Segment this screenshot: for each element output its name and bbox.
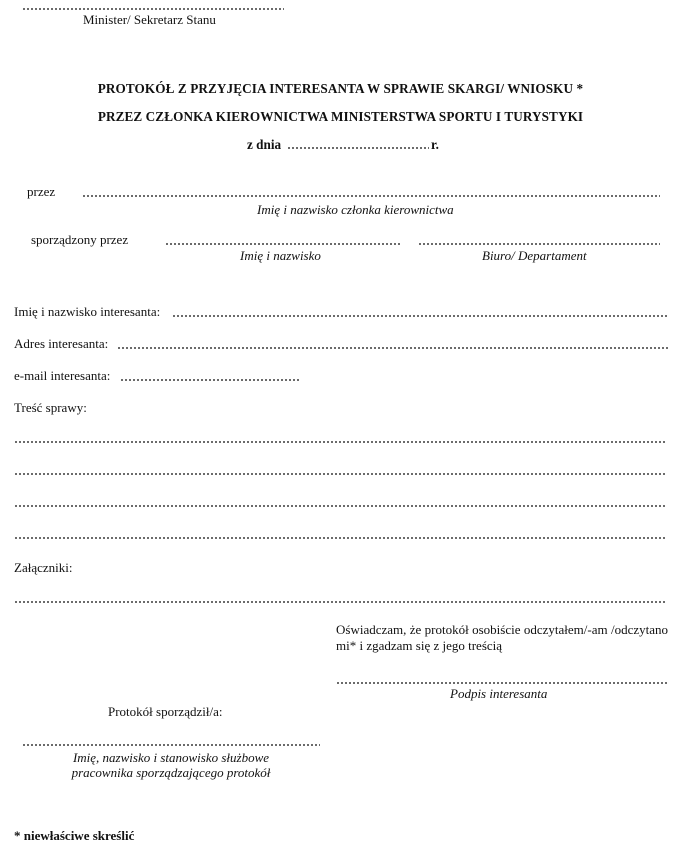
applicant-name-label: Imię i nazwisko interesanta: bbox=[14, 304, 160, 320]
date-prefix: z dnia bbox=[247, 137, 281, 153]
board-member-name-caption: Imię i nazwisko członka kierownictwa bbox=[257, 202, 454, 218]
prepared-by-label: sporządzony przez bbox=[31, 232, 128, 248]
case-content-label: Treść sprawy: bbox=[14, 400, 87, 416]
applicant-signature-line[interactable] bbox=[336, 682, 668, 684]
minister-role-label: Minister/ Sekretarz Stanu bbox=[83, 12, 216, 28]
applicant-email-field[interactable] bbox=[120, 379, 300, 381]
declaration-text: Oświadczam, że protokół osobiście odczyt… bbox=[336, 622, 668, 654]
board-member-name-field[interactable] bbox=[82, 195, 660, 197]
date-suffix: r. bbox=[431, 137, 439, 153]
document-title-line2: PRZEZ CZŁONKA KIEROWNICTWA MINISTERSTWA … bbox=[0, 109, 681, 125]
attachments-line[interactable] bbox=[14, 601, 666, 603]
received-by-label: przez bbox=[27, 184, 55, 200]
case-content-line-4[interactable] bbox=[14, 537, 666, 539]
author-signature-line[interactable] bbox=[22, 744, 320, 746]
applicant-email-label: e-mail interesanta: bbox=[14, 368, 110, 384]
preparer-department-field[interactable] bbox=[418, 243, 660, 245]
footnote: * niewłaściwe skreślić bbox=[14, 828, 134, 844]
preparer-department-caption: Biuro/ Departament bbox=[482, 248, 587, 264]
applicant-address-field[interactable] bbox=[117, 347, 669, 349]
case-content-line-3[interactable] bbox=[14, 505, 666, 507]
case-content-line-1[interactable] bbox=[14, 441, 666, 443]
preparer-name-field[interactable] bbox=[165, 243, 401, 245]
preparer-name-caption: Imię i nazwisko bbox=[240, 248, 321, 264]
author-caption-line2: pracownika sporządzającego protokół bbox=[20, 765, 322, 781]
applicant-name-field[interactable] bbox=[172, 315, 669, 317]
document-title-line1: PROTOKÓŁ Z PRZYJĘCIA INTERESANTA W SPRAW… bbox=[0, 81, 681, 97]
minister-signature-line[interactable] bbox=[22, 8, 284, 10]
attachments-label: Załączniki: bbox=[14, 560, 72, 576]
author-label: Protokół sporządził/a: bbox=[108, 704, 222, 720]
case-content-line-2[interactable] bbox=[14, 473, 666, 475]
applicant-address-label: Adres interesanta: bbox=[14, 336, 108, 352]
author-caption-line1: Imię, nazwisko i stanowisko służbowe bbox=[20, 750, 322, 766]
applicant-signature-caption: Podpis interesanta bbox=[450, 686, 547, 702]
date-field[interactable] bbox=[287, 147, 429, 149]
